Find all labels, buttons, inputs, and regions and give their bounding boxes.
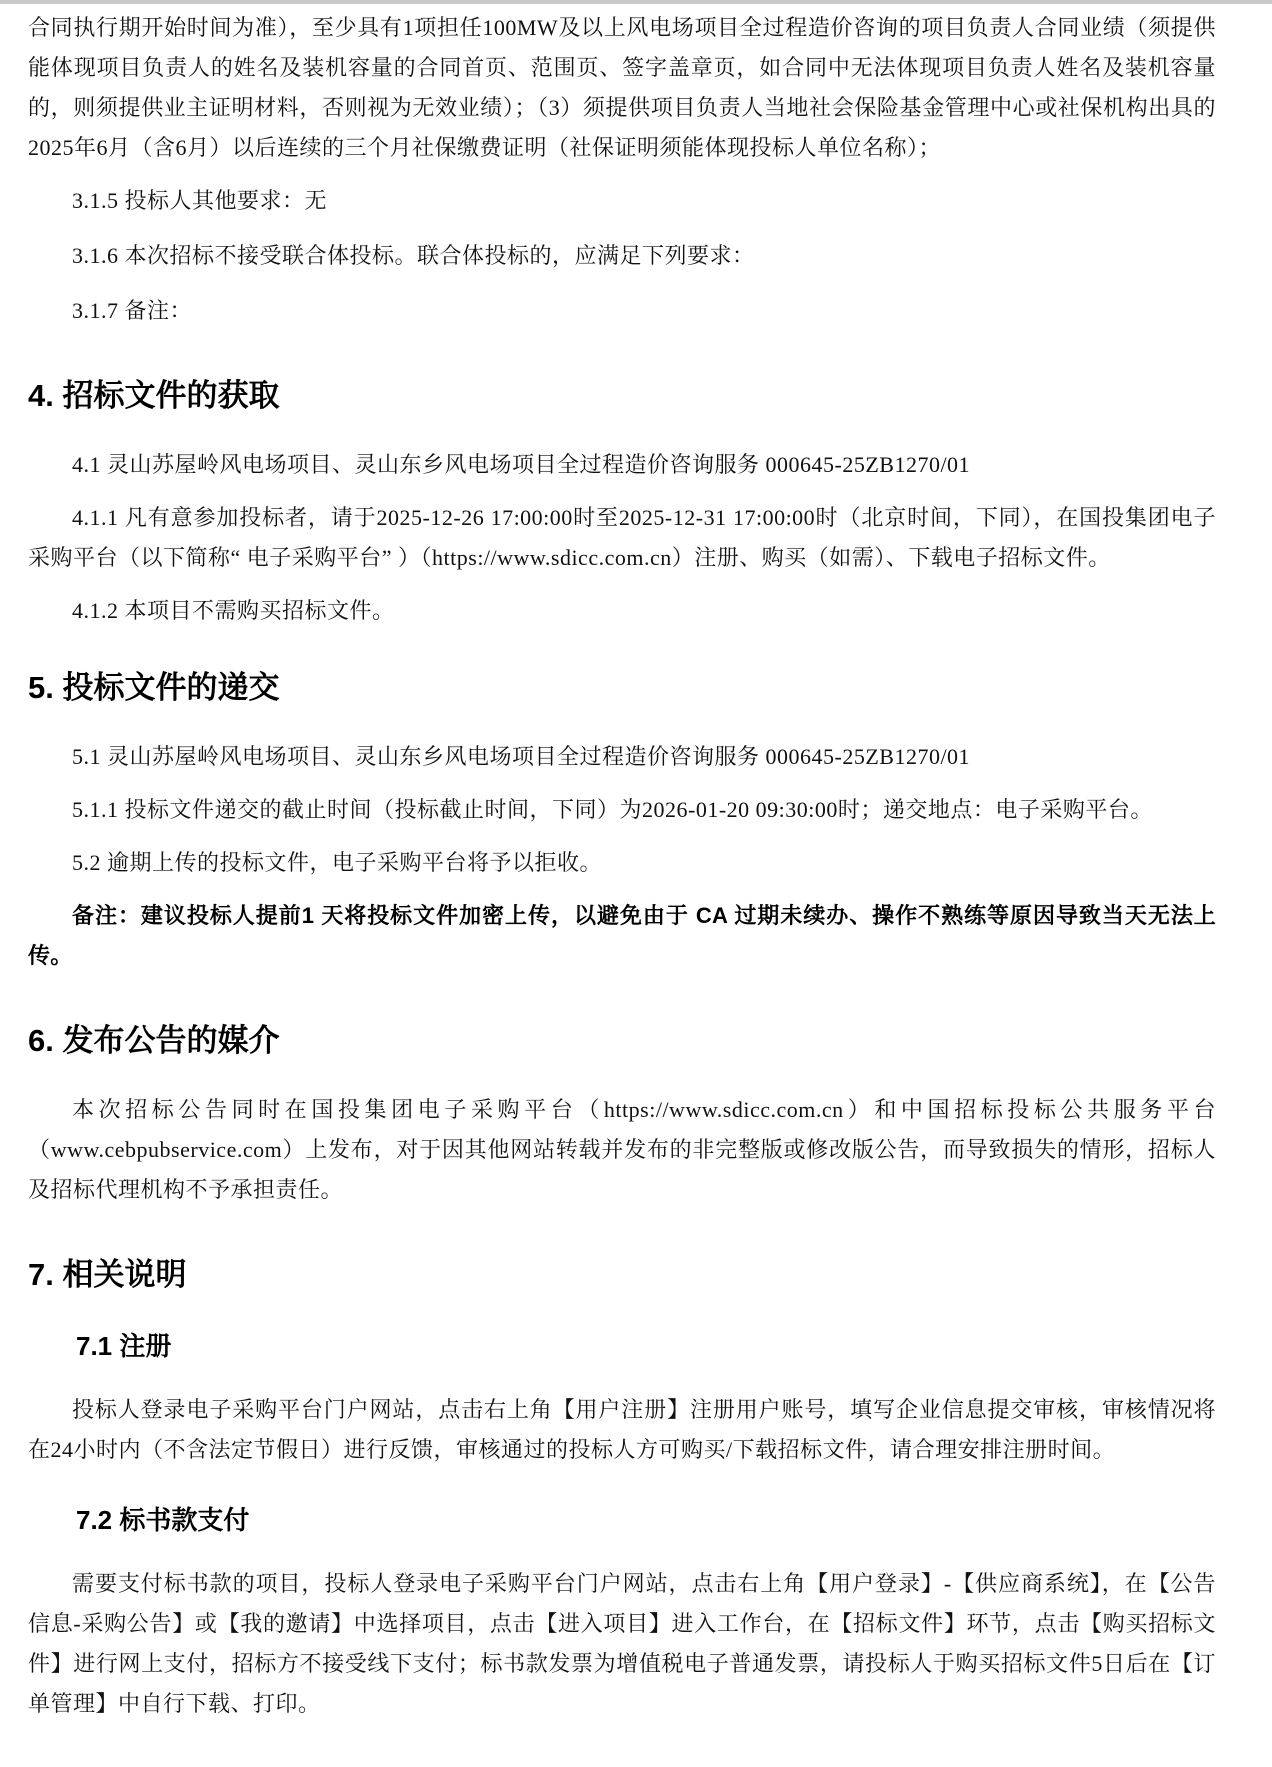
- section-7-heading-related-notes: 7. 相关说明: [28, 1254, 1216, 1296]
- item-5-1-project-name: 5.1 灵山苏屋岭风电场项目、灵山东乡风电场项目全过程造价咨询服务 000645…: [28, 737, 1216, 777]
- section-7-2-paragraph-payment-process: 需要支付标书款的项目，投标人登录电子采购平台门户网站，点击右上角【用户登录】-【…: [28, 1564, 1216, 1724]
- item-3-1-5-other-requirements: 3.1.5 投标人其他要求：无: [28, 181, 1216, 221]
- item-3-1-7-remarks: 3.1.7 备注：: [28, 291, 1216, 331]
- item-3-1-6-consortium-bidding: 3.1.6 本次招标不接受联合体投标。联合体投标的，应满足下列要求：: [28, 236, 1216, 276]
- item-5-1-1-submission-deadline: 5.1.1 投标文件递交的截止时间（投标截止时间，下同）为2026-01-20 …: [28, 790, 1216, 830]
- section-7-1-heading-registration: 7.1 注册: [76, 1328, 1216, 1364]
- item-5-2-late-submission-rejected: 5.2 逾期上传的投标文件，电子采购平台将予以拒收。: [28, 843, 1216, 883]
- item-4-1-project-name: 4.1 灵山苏屋岭风电场项目、灵山东乡风电场项目全过程造价咨询服务 000645…: [28, 445, 1216, 485]
- continued-paragraph-qualification-requirements: 合同执行期开始时间为准），至少具有1项担任100MW及以上风电场项目全过程造价咨…: [28, 8, 1216, 168]
- section-6-paragraph-publication-platforms: 本次招标公告同时在国投集团电子采购平台（https://www.sdicc.co…: [28, 1090, 1216, 1210]
- section-7-1-paragraph-registration-process: 投标人登录电子采购平台门户网站，点击右上角【用户注册】注册用户账号，填写企业信息…: [28, 1390, 1216, 1470]
- section-5-heading-bid-submission: 5. 投标文件的递交: [28, 667, 1216, 709]
- bold-remark-upload-early-note: 备注：建议投标人提前1 天将投标文件加密上传，以避免由于 CA 过期未续办、操作…: [28, 896, 1216, 976]
- section-6-heading-announcement-media: 6. 发布公告的媒介: [28, 1020, 1216, 1062]
- section-7-2-heading-document-fee-payment: 7.2 标书款支付: [76, 1502, 1216, 1538]
- tender-announcement-page: 合同执行期开始时间为准），至少具有1项担任100MW及以上风电场项目全过程造价咨…: [0, 4, 1272, 1767]
- section-4-heading-obtaining-tender-documents: 4. 招标文件的获取: [28, 375, 1216, 417]
- item-4-1-1-registration-period: 4.1.1 凡有意参加投标者，请于2025-12-26 17:00:00时至20…: [28, 498, 1216, 578]
- item-4-1-2-no-purchase-needed: 4.1.2 本项目不需购买招标文件。: [28, 591, 1216, 631]
